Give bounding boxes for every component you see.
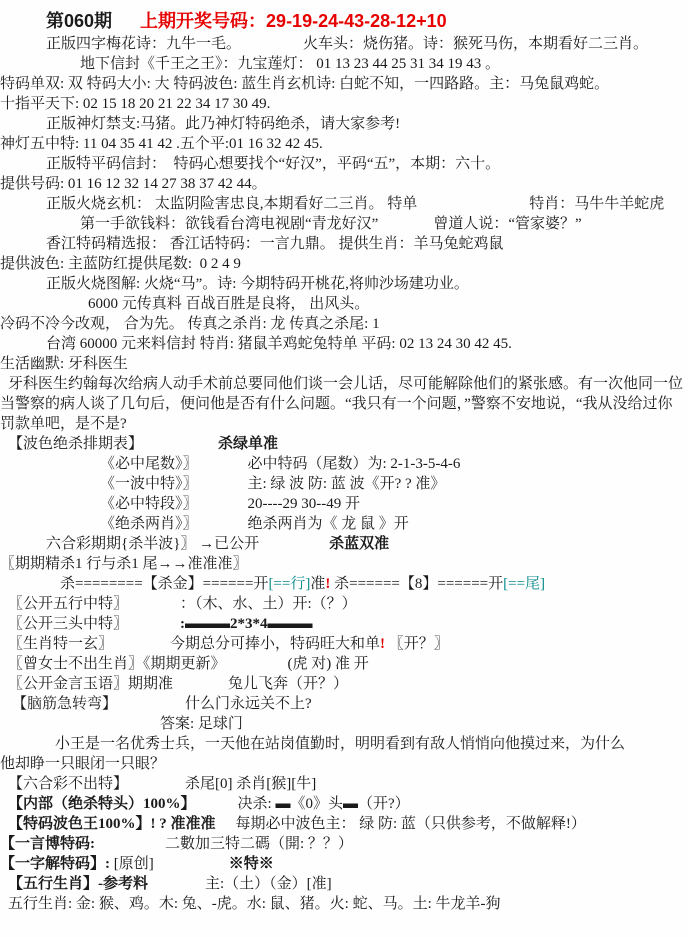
text-segment: ▬	[343, 794, 358, 814]
text-line: 香江特码精选报： 香江话特码：一言九鼎。 提供生肖：羊马兔蛇鸡鼠	[46, 234, 688, 254]
text-segment: 每期必中波色主： 绿 防: 蓝（只供参考，不做解释!）	[236, 814, 586, 834]
text-line: 《绝杀两肖》〗绝杀两肖为《 龙 鼠 》开	[100, 514, 688, 534]
text-segment: 当警察的病人谈了几句后，便问他是否有什么问题。“我只有一个问题，”警察不安地说，…	[0, 394, 672, 414]
text-segment: 6000 元传真料 百战百胜是良将， 出风头。	[88, 294, 369, 314]
text-segment: 冷码不冷今改观， 合为先。 传真之杀肖: 龙 传真之杀尾: 1	[0, 314, 380, 334]
text-line: 【特码波色王100%】! ? 准准准每期必中波色主： 绿 防: 蓝（只供参考，不…	[8, 814, 688, 834]
text-line: 生活幽默: 牙科医生	[0, 354, 688, 374]
text-line: 当警察的病人谈了几句后，便问他是否有什么问题。“我只有一个问题，”警察不安地说，…	[0, 394, 688, 414]
text-segment: 特肖：马牛牛羊蛇虎	[529, 194, 664, 214]
text-line: 牙科医生约翰每次给病人动手术前总要同他们谈一会儿话，尽可能解除他们的紧张感。有一…	[8, 374, 688, 394]
text-segment: 正版神灯禁支:马猪。此乃神灯特码绝杀，请大家参考!	[46, 114, 400, 134]
text-line: 6000 元传真料 百战百胜是良将， 出风头。	[88, 294, 688, 314]
text-segment: 牙科医生约翰每次给病人动手术前总要同他们谈一会儿话，尽可能解除他们的紧张感。有一…	[8, 374, 683, 394]
text-line: 小王是一名优秀士兵，一天他在站岗值勤时，明明看到有敌人悄悄向他摸过来，为什么	[55, 734, 688, 754]
text-segment: 【一言博特码:	[0, 834, 95, 854]
text-segment: [==尾]	[503, 574, 545, 594]
text-line: 提供号码: 01 16 12 32 14 27 38 37 42 44。	[0, 174, 688, 194]
text-segment: 〖期期精杀1 行与杀1 尾→→准准准〗	[0, 554, 248, 574]
text-segment: 正版特平码信封： 特码心想要找个“好汉”，平码“五”，本期：六十。	[46, 154, 500, 174]
text-segment: 正版火烧玄机： 太监阴险害忠良,本期看好二三肖。 特单	[46, 194, 417, 214]
text-segment: 特码单双: 双 特码大小: 大 特码波色: 蓝生肖玄机诗: 白蛇不知，一四路路。…	[0, 74, 609, 94]
text-line: 台湾 60000 元来料信封 特肖: 猪鼠羊鸡蛇兔特单 平码: 02 13 24…	[46, 334, 688, 354]
text-line: 五行生肖: 金: 猴、鸡。木: 兔、-虎。水: 鼠、猪。火: 蛇、马。土: 牛龙…	[8, 894, 688, 914]
text-line: 第一手欲钱料：欲钱看台湾电视剧“青龙好汉”曾道人说：“管家婆？”	[80, 214, 688, 234]
text-segment: 准	[310, 574, 325, 594]
text-segment: [原创]	[114, 854, 154, 874]
text-line: 〖期期精杀1 行与杀1 尾→→准准准〗	[0, 554, 688, 574]
text-segment: 生活幽默: 牙科医生	[0, 354, 128, 374]
text-segment: 主:（土）（金）[准]	[205, 874, 332, 894]
text-line: 答案: 足球门	[160, 714, 688, 734]
text-segment: 他却睁一只眼闭一只眼？	[0, 754, 165, 774]
issue-number: 第060期	[46, 10, 112, 32]
text-segment: 兔儿飞奔（开？）	[228, 674, 348, 694]
text-line: 【六合彩不出特】杀尾[0] 杀肖[猴][牛]	[8, 774, 688, 794]
text-segment: 五行生肖: 金: 猴、鸡。木: 兔、-虎。水: 鼠、猪。火: 蛇、马。土: 牛龙…	[8, 894, 501, 914]
text-line: 【内部（绝杀特头）100%】决杀: ▬《0》头▬（开?）	[8, 794, 688, 814]
text-segment: 《0》头	[290, 794, 343, 814]
text-segment: 小王是一名优秀士兵，一天他在站岗值勤时，明明看到有敌人悄悄向他摸过来，为什么	[55, 734, 625, 754]
text-segment: 答案: 足球门	[160, 714, 243, 734]
text-segment: (虎 对) 准 开	[288, 654, 369, 674]
text-segment: 【特码波色王100%】! ? 准准准	[8, 814, 216, 834]
text-segment: 〖生肖特一玄〗	[8, 634, 113, 654]
text-line: 〖公开金言玉语〗期期准兔儿飞奔（开？）	[8, 674, 688, 694]
text-line: 提供波色: 主蓝防红提供尾数: 0 2 4 9	[0, 254, 688, 274]
text-segment: 必中特码（尾数）为: 2-1-3-5-4-6	[248, 454, 461, 474]
text-segment: （开?）	[358, 794, 410, 814]
text-line: 〖生肖特一玄〗今期总分可捧小，特码旺大和单! 〖开？〗	[8, 634, 688, 654]
text-segment: 〖公开五行中特〗	[8, 594, 128, 614]
text-segment: 今期总分可捧小，特码旺大和单	[170, 634, 380, 654]
text-line: 【五行生肖】-参考料主:（土）（金）[准]	[8, 874, 688, 894]
text-line: 【脑筋急转弯】什么门永远关不上?	[12, 694, 688, 714]
text-segment: [==行]	[268, 574, 310, 594]
previous-draw-numbers: 上期开奖号码：29-19-24-43-28-12+10	[140, 10, 447, 32]
text-line: 六合彩期期{杀半波}〗 →已公开杀蓝双准	[46, 534, 688, 554]
text-segment: 【五行生肖】-参考料	[8, 874, 148, 894]
text-segment: 杀蓝双准	[329, 534, 389, 554]
text-line: 十指平天下: 02 15 18 20 21 22 34 17 30 49.	[0, 94, 688, 114]
text-segment: 决杀:	[238, 794, 276, 814]
text-line: 《必中尾数》〗必中特码（尾数）为: 2-1-3-5-4-6	[100, 454, 688, 474]
text-segment: 绝杀两肖为《 龙 鼠 》开	[248, 514, 409, 534]
text-segment: 20----29 30--49 开	[248, 494, 360, 514]
text-segment: 杀尾[0] 杀肖[猴][牛]	[185, 774, 316, 794]
text-segment: 杀======【8】======开	[330, 574, 503, 594]
text-segment: 《一波中特》〗	[100, 474, 198, 494]
text-segment: 〖公开三头中特〗	[8, 614, 128, 634]
text-line: 特码单双: 双 特码大小: 大 特码波色: 蓝生肖玄机诗: 白蛇不知，一四路路。…	[0, 74, 688, 94]
text-segment: 【脑筋急转弯】	[12, 694, 117, 714]
text-line: 《必中特段》〗20----29 30--49 开	[100, 494, 688, 514]
text-segment: ：（木、水、土）开:（？）	[180, 594, 357, 614]
text-line: 正版神灯禁支:马猪。此乃神灯特码绝杀，请大家参考!	[46, 114, 688, 134]
text-line: 【波色绝杀排期表】杀绿单准	[8, 434, 688, 454]
text-segment: 香江特码精选报： 香江话特码：一言九鼎。 提供生肖：羊马兔蛇鸡鼠	[46, 234, 504, 254]
text-line: 地下信封《千王之王》：九宝莲灯： 01 13 23 44 25 31 34 19…	[80, 54, 688, 74]
text-segment: 【内部（绝杀特头）100%】	[8, 794, 196, 814]
text-segment: 【六合彩不出特】	[8, 774, 128, 794]
text-segment: 【一字解特码】:	[0, 854, 114, 874]
text-line: 冷码不冷今改观， 合为先。 传真之杀肖: 龙 传真之杀尾: 1	[0, 314, 688, 334]
text-segment: 二數加三特二碼（開: ？？）	[165, 834, 353, 854]
text-line: 〖公开五行中特〗：（木、水、土）开:（？）	[8, 594, 688, 614]
text-line: 罚款单吧，是不是?	[0, 414, 688, 434]
text-line: 他却睁一只眼闭一只眼？	[0, 754, 688, 774]
text-segment: 提供波色: 主蓝防红提供尾数: 0 2 4 9	[0, 254, 241, 274]
text-segment: 杀========【杀金】======开	[60, 574, 268, 594]
text-segment: 十指平天下: 02 15 18 20 21 22 34 17 30 49.	[0, 94, 270, 114]
text-segment: 地下信封《千王之王》：九宝莲灯： 01 13 23 44 25 31 34 19…	[80, 54, 500, 74]
text-segment: 《必中特段》〗	[100, 494, 198, 514]
text-line: 正版四字梅花诗：九牛一毛。火车头：烧伤猪。诗：猴死马伤，本期看好二三肖。	[46, 34, 688, 54]
text-line: 杀========【杀金】======开[==行]准! 杀======【8】==…	[60, 574, 688, 594]
text-segment: 火车头：烧伤猪。诗：猴死马伤，本期看好二三肖。	[303, 34, 648, 54]
text-segment: 《绝杀两肖》〗	[100, 514, 198, 534]
text-segment: 台湾 60000 元来料信封 特肖: 猪鼠羊鸡蛇兔特单 平码: 02 13 24…	[46, 334, 512, 354]
text-segment: ※特※	[229, 854, 274, 874]
text-segment: 主: 绿 波 防: 蓝 波《开? ? 准》	[248, 474, 446, 494]
text-segment: 第一手欲钱料：欲钱看台湾电视剧“青龙好汉”	[80, 214, 378, 234]
text-line: 神灯五中特: 11 04 35 41 42 .五个平:01 16 32 42 4…	[0, 134, 688, 154]
text-line: 【一言博特码:二數加三特二碼（開: ？？）	[0, 834, 688, 854]
text-line: 【一字解特码】: [原创]※特※	[0, 854, 688, 874]
text-line: 〖曾女士不出生肖〗《期期更新》(虎 对) 准 开	[8, 654, 688, 674]
text-line: 正版火烧图解: 火烧“马”。诗: 今期特码开桃花,将帅沙场建功业。	[46, 274, 688, 294]
text-segment: 提供号码: 01 16 12 32 14 27 38 37 42 44。	[0, 174, 267, 194]
text-segment: ▬	[275, 794, 290, 814]
document: 第060期上期开奖号码：29-19-24-43-28-12+10正版四字梅花诗：…	[0, 10, 688, 914]
text-segment: 〖曾女士不出生肖〗《期期更新》	[8, 654, 226, 674]
text-segment: 正版火烧图解: 火烧“马”。诗: 今期特码开桃花,将帅沙场建功业。	[46, 274, 469, 294]
text-segment: 六合彩期期{杀半波}〗 →已公开	[46, 534, 259, 554]
text-segment: 罚款单吧，是不是?	[0, 414, 127, 434]
text-segment: 【波色绝杀排期表】	[8, 434, 143, 454]
text-segment: 什么门永远关不上?	[185, 694, 312, 714]
text-segment: 正版四字梅花诗：九牛一毛。	[46, 34, 241, 54]
text-segment: 〖开？〗	[385, 634, 449, 654]
text-line: 《一波中特》〗主: 绿 波 防: 蓝 波《开? ? 准》	[100, 474, 688, 494]
issue-header: 第060期上期开奖号码：29-19-24-43-28-12+10	[46, 10, 688, 34]
text-segment: 曾道人说：“管家婆？”	[433, 214, 581, 234]
text-segment: 《必中尾数》〗	[100, 454, 198, 474]
text-segment: 神灯五中特: 11 04 35 41 42 .五个平:01 16 32 42 4…	[0, 134, 323, 154]
text-segment: :▬▬▬2*3*4▬▬▬	[180, 614, 313, 634]
text-line: 正版火烧玄机： 太监阴险害忠良,本期看好二三肖。 特单特肖：马牛牛羊蛇虎	[46, 194, 688, 214]
text-line: 正版特平码信封： 特码心想要找个“好汉”，平码“五”，本期：六十。	[46, 154, 688, 174]
lottery-tip-sheet: 第060期上期开奖号码：29-19-24-43-28-12+10正版四字梅花诗：…	[0, 0, 688, 937]
text-segment: 杀绿单准	[218, 434, 278, 454]
text-line: 〖公开三头中特〗:▬▬▬2*3*4▬▬▬	[8, 614, 688, 634]
text-segment: 〖公开金言玉语〗期期准	[8, 674, 173, 694]
